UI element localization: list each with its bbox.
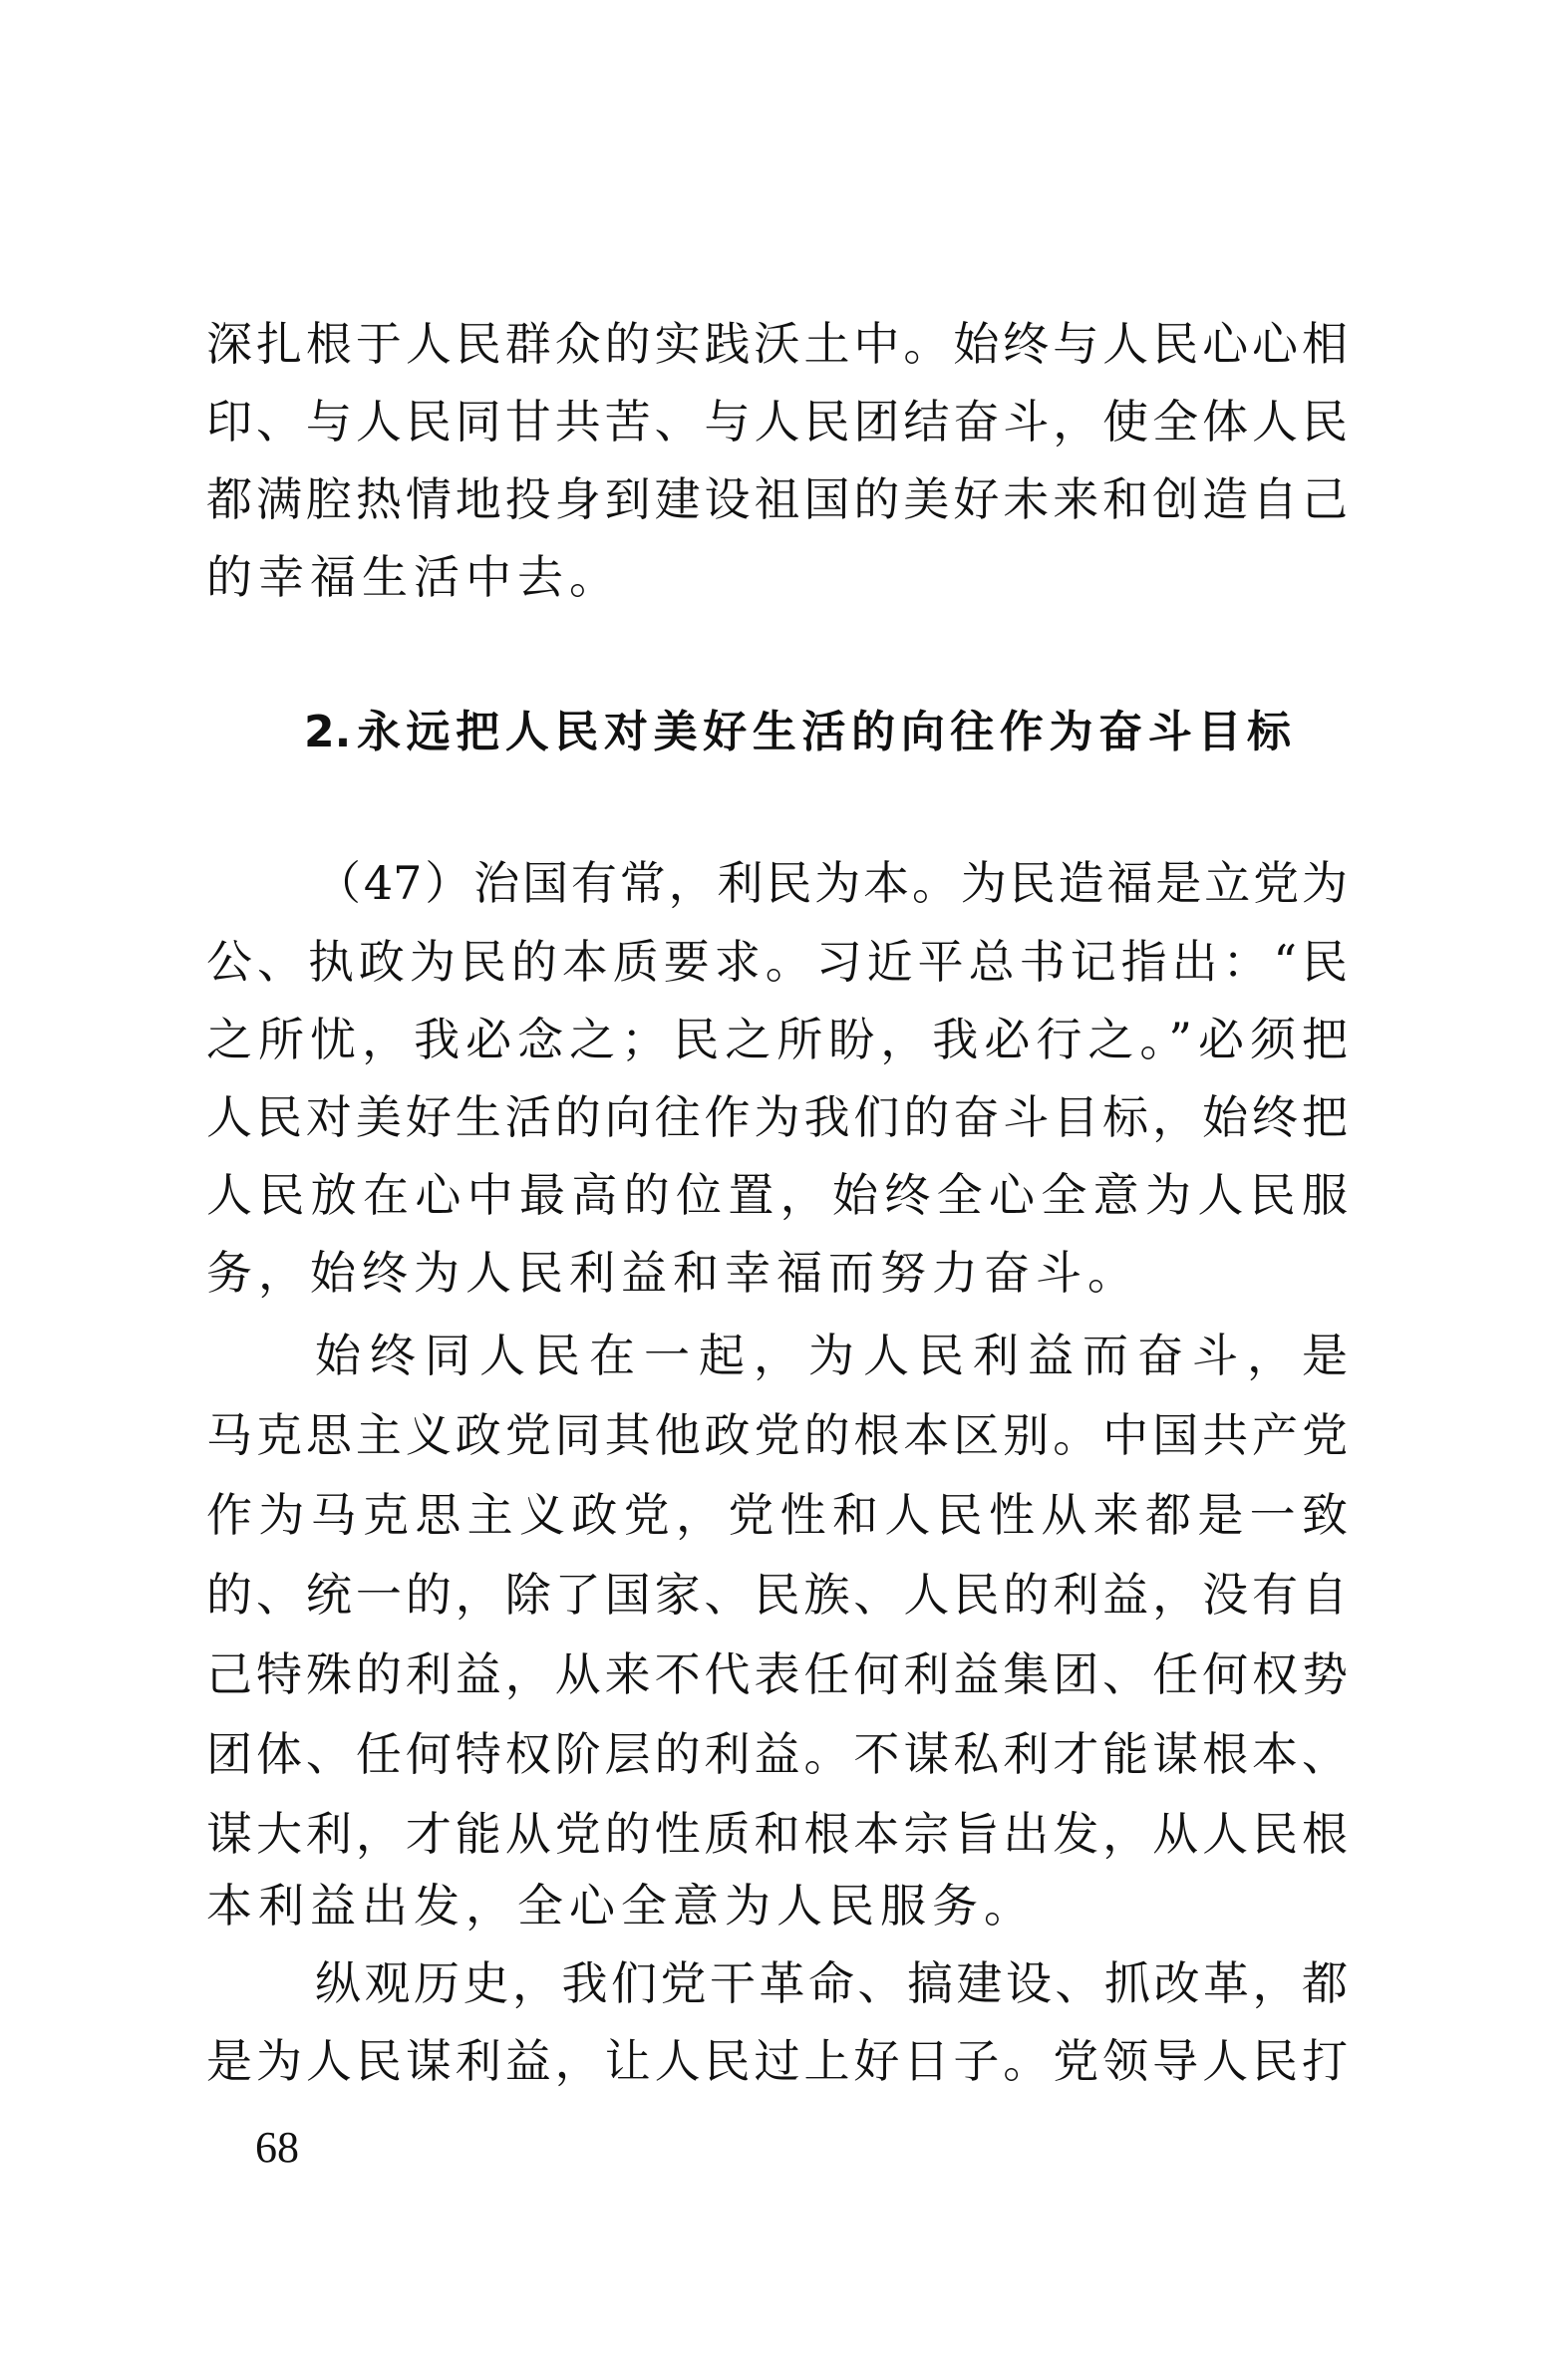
paragraph-1-line-2: 印、与人民同甘共苦、与人民团结奋斗，使全体人民 [206, 392, 1348, 451]
paragraph-3-line-8: 本利益出发，全心全意为人民服务。 [206, 1876, 1348, 1935]
paragraph-3-line-7: 谋大利，才能从党的性质和根本宗旨出发，从人民根 [206, 1804, 1348, 1864]
paragraph-1-line-3: 都满腔热情地投身到建设祖国的美好未来和创造自己 [206, 469, 1348, 529]
paragraph-1-line-1: 深扎根于人民群众的实践沃土中。始终与人民心心相 [206, 314, 1348, 374]
paragraph-2-line-4: 人民对美好生活的向往作为我们的奋斗目标，始终把 [206, 1087, 1348, 1147]
paragraph-3-line-5: 己特殊的利益，从来不代表任何利益集团、任何权势 [206, 1644, 1348, 1704]
paragraph-3-line-4: 的、统一的，除了国家、民族、人民的利益，没有自 [206, 1565, 1348, 1625]
book-page: 深扎根于人民群众的实践沃土中。始终与人民心心相 印、与人民同甘共苦、与人民团结奋… [0, 0, 1545, 2380]
paragraph-2-line-2: 公、执政为民的本质要求。习近平总书记指出：“民 [206, 932, 1348, 992]
paragraph-1-line-4: 的幸福生活中去。 [206, 547, 1348, 607]
paragraph-3-line-6: 团体、任何特权阶层的利益。不谋私利才能谋根本、 [206, 1724, 1348, 1784]
paragraph-3-line-2: 马克思主义政党同其他政党的根本区别。中国共产党 [206, 1405, 1348, 1465]
paragraph-3-line-1: 始终同人民在一起，为人民利益而奋斗，是 [315, 1326, 1348, 1385]
paragraph-2-line-3: 之所忧，我必念之；民之所盼，我必行之。”必须把 [206, 1010, 1348, 1069]
page-number: 68 [255, 2123, 299, 2173]
paragraph-3-line-3: 作为马克思主义政党，党性和人民性从来都是一致 [206, 1485, 1348, 1545]
section-heading: 2.永远把人民对美好生活的向往作为奋斗目标 [304, 698, 1291, 767]
paragraph-4-line-1: 纵观历史，我们党干革命、搞建设、抓改革，都 [315, 1953, 1348, 2013]
paragraph-2-line-6: 务，始终为人民利益和幸福而努力奋斗。 [206, 1243, 1348, 1303]
paragraph-4-line-2: 是为人民谋利益，让人民过上好日子。党领导人民打 [206, 2031, 1348, 2091]
paragraph-2-line-1: （47）治国有常，利民为本。为民造福是立党为 [315, 853, 1348, 913]
paragraph-2-line-5: 人民放在心中最高的位置，始终全心全意为人民服 [206, 1165, 1348, 1225]
